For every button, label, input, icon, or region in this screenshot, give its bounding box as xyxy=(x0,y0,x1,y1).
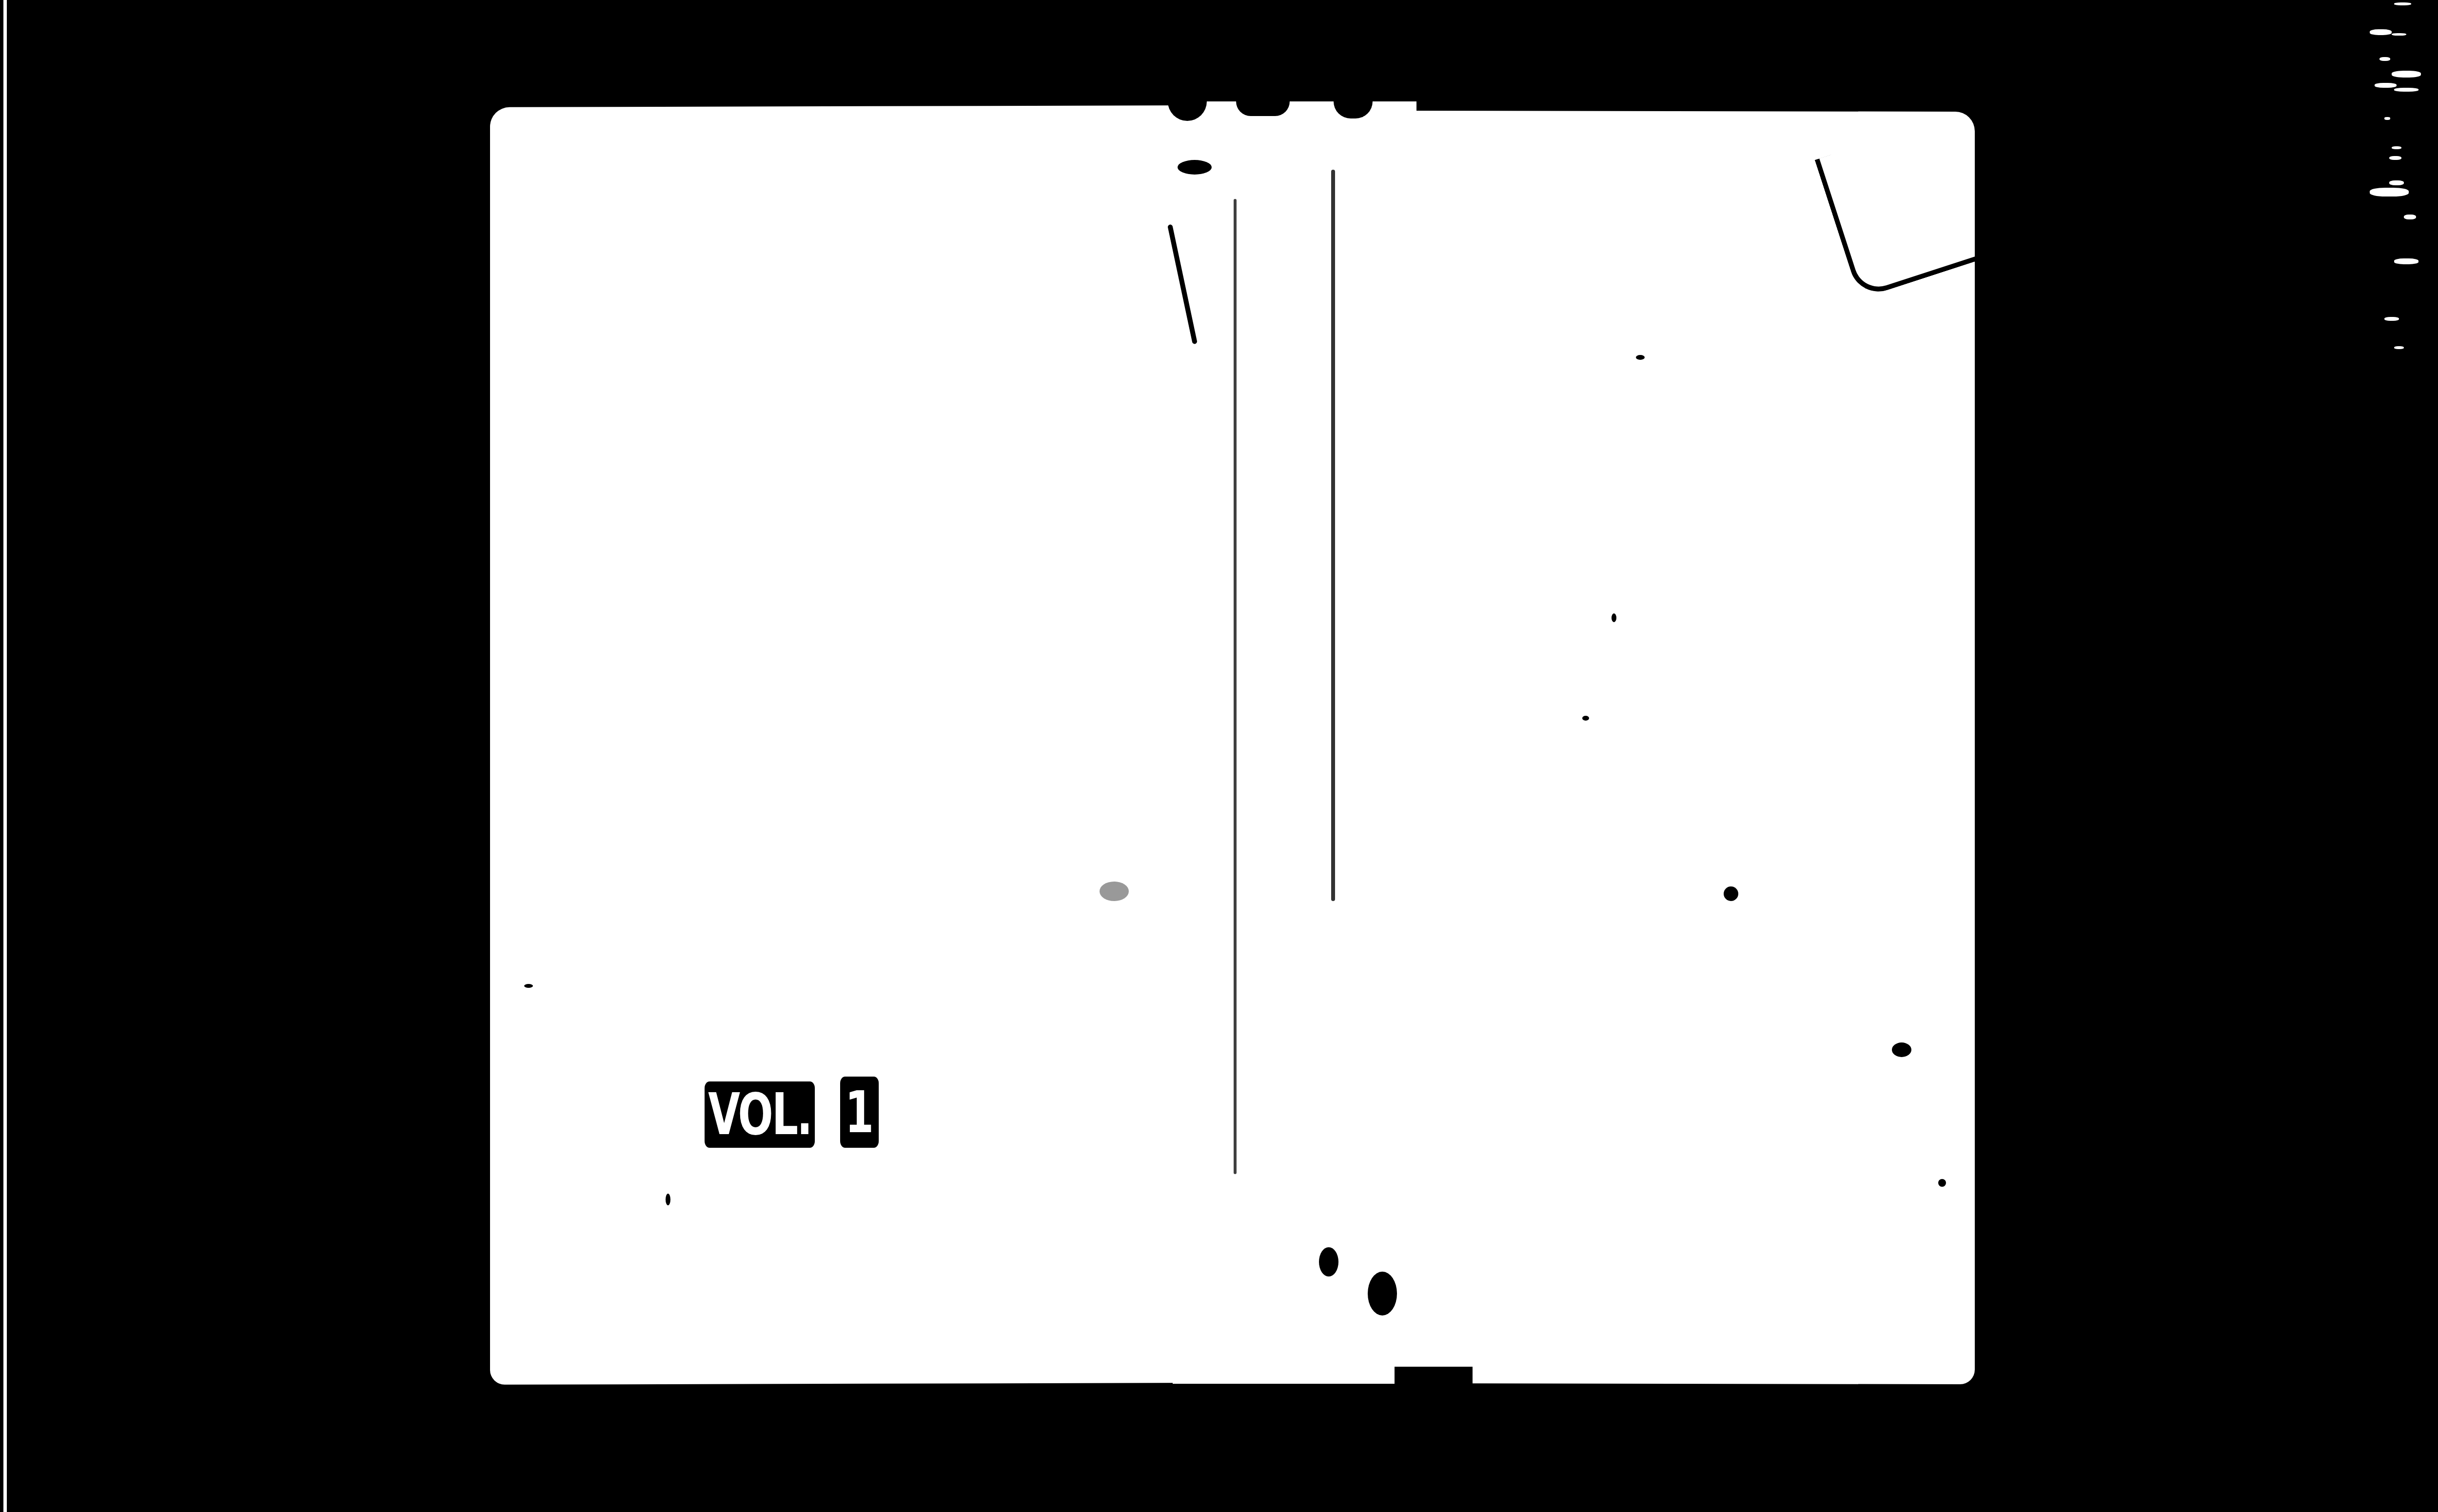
speck xyxy=(1892,1042,1911,1057)
book-cover-spread: VOL. 1 xyxy=(490,101,1975,1389)
scan-edge-line xyxy=(3,0,7,1512)
speck xyxy=(1636,355,1645,360)
volume-label-number: 1 xyxy=(840,1077,879,1148)
speck xyxy=(1582,716,1589,721)
volume-label: VOL. 1 xyxy=(705,1077,894,1148)
speck xyxy=(1368,1272,1397,1316)
spine-crease xyxy=(1331,170,1335,901)
torn-edge xyxy=(1236,101,1290,116)
spine xyxy=(1173,101,1416,1384)
torn-edge xyxy=(1395,1367,1473,1389)
speck xyxy=(1612,613,1616,622)
volume-label-text: VOL. xyxy=(705,1081,815,1148)
speck xyxy=(1724,886,1738,901)
speck xyxy=(1938,1179,1946,1187)
back-cover xyxy=(490,105,1197,1385)
scan-noise-strip xyxy=(2365,0,2438,975)
speck xyxy=(666,1194,670,1205)
speck xyxy=(1319,1247,1338,1276)
front-cover xyxy=(1392,111,1975,1384)
speck xyxy=(524,984,533,988)
spine-damage xyxy=(1178,160,1212,175)
speck xyxy=(1100,882,1129,901)
spine-crease xyxy=(1234,199,1237,1174)
